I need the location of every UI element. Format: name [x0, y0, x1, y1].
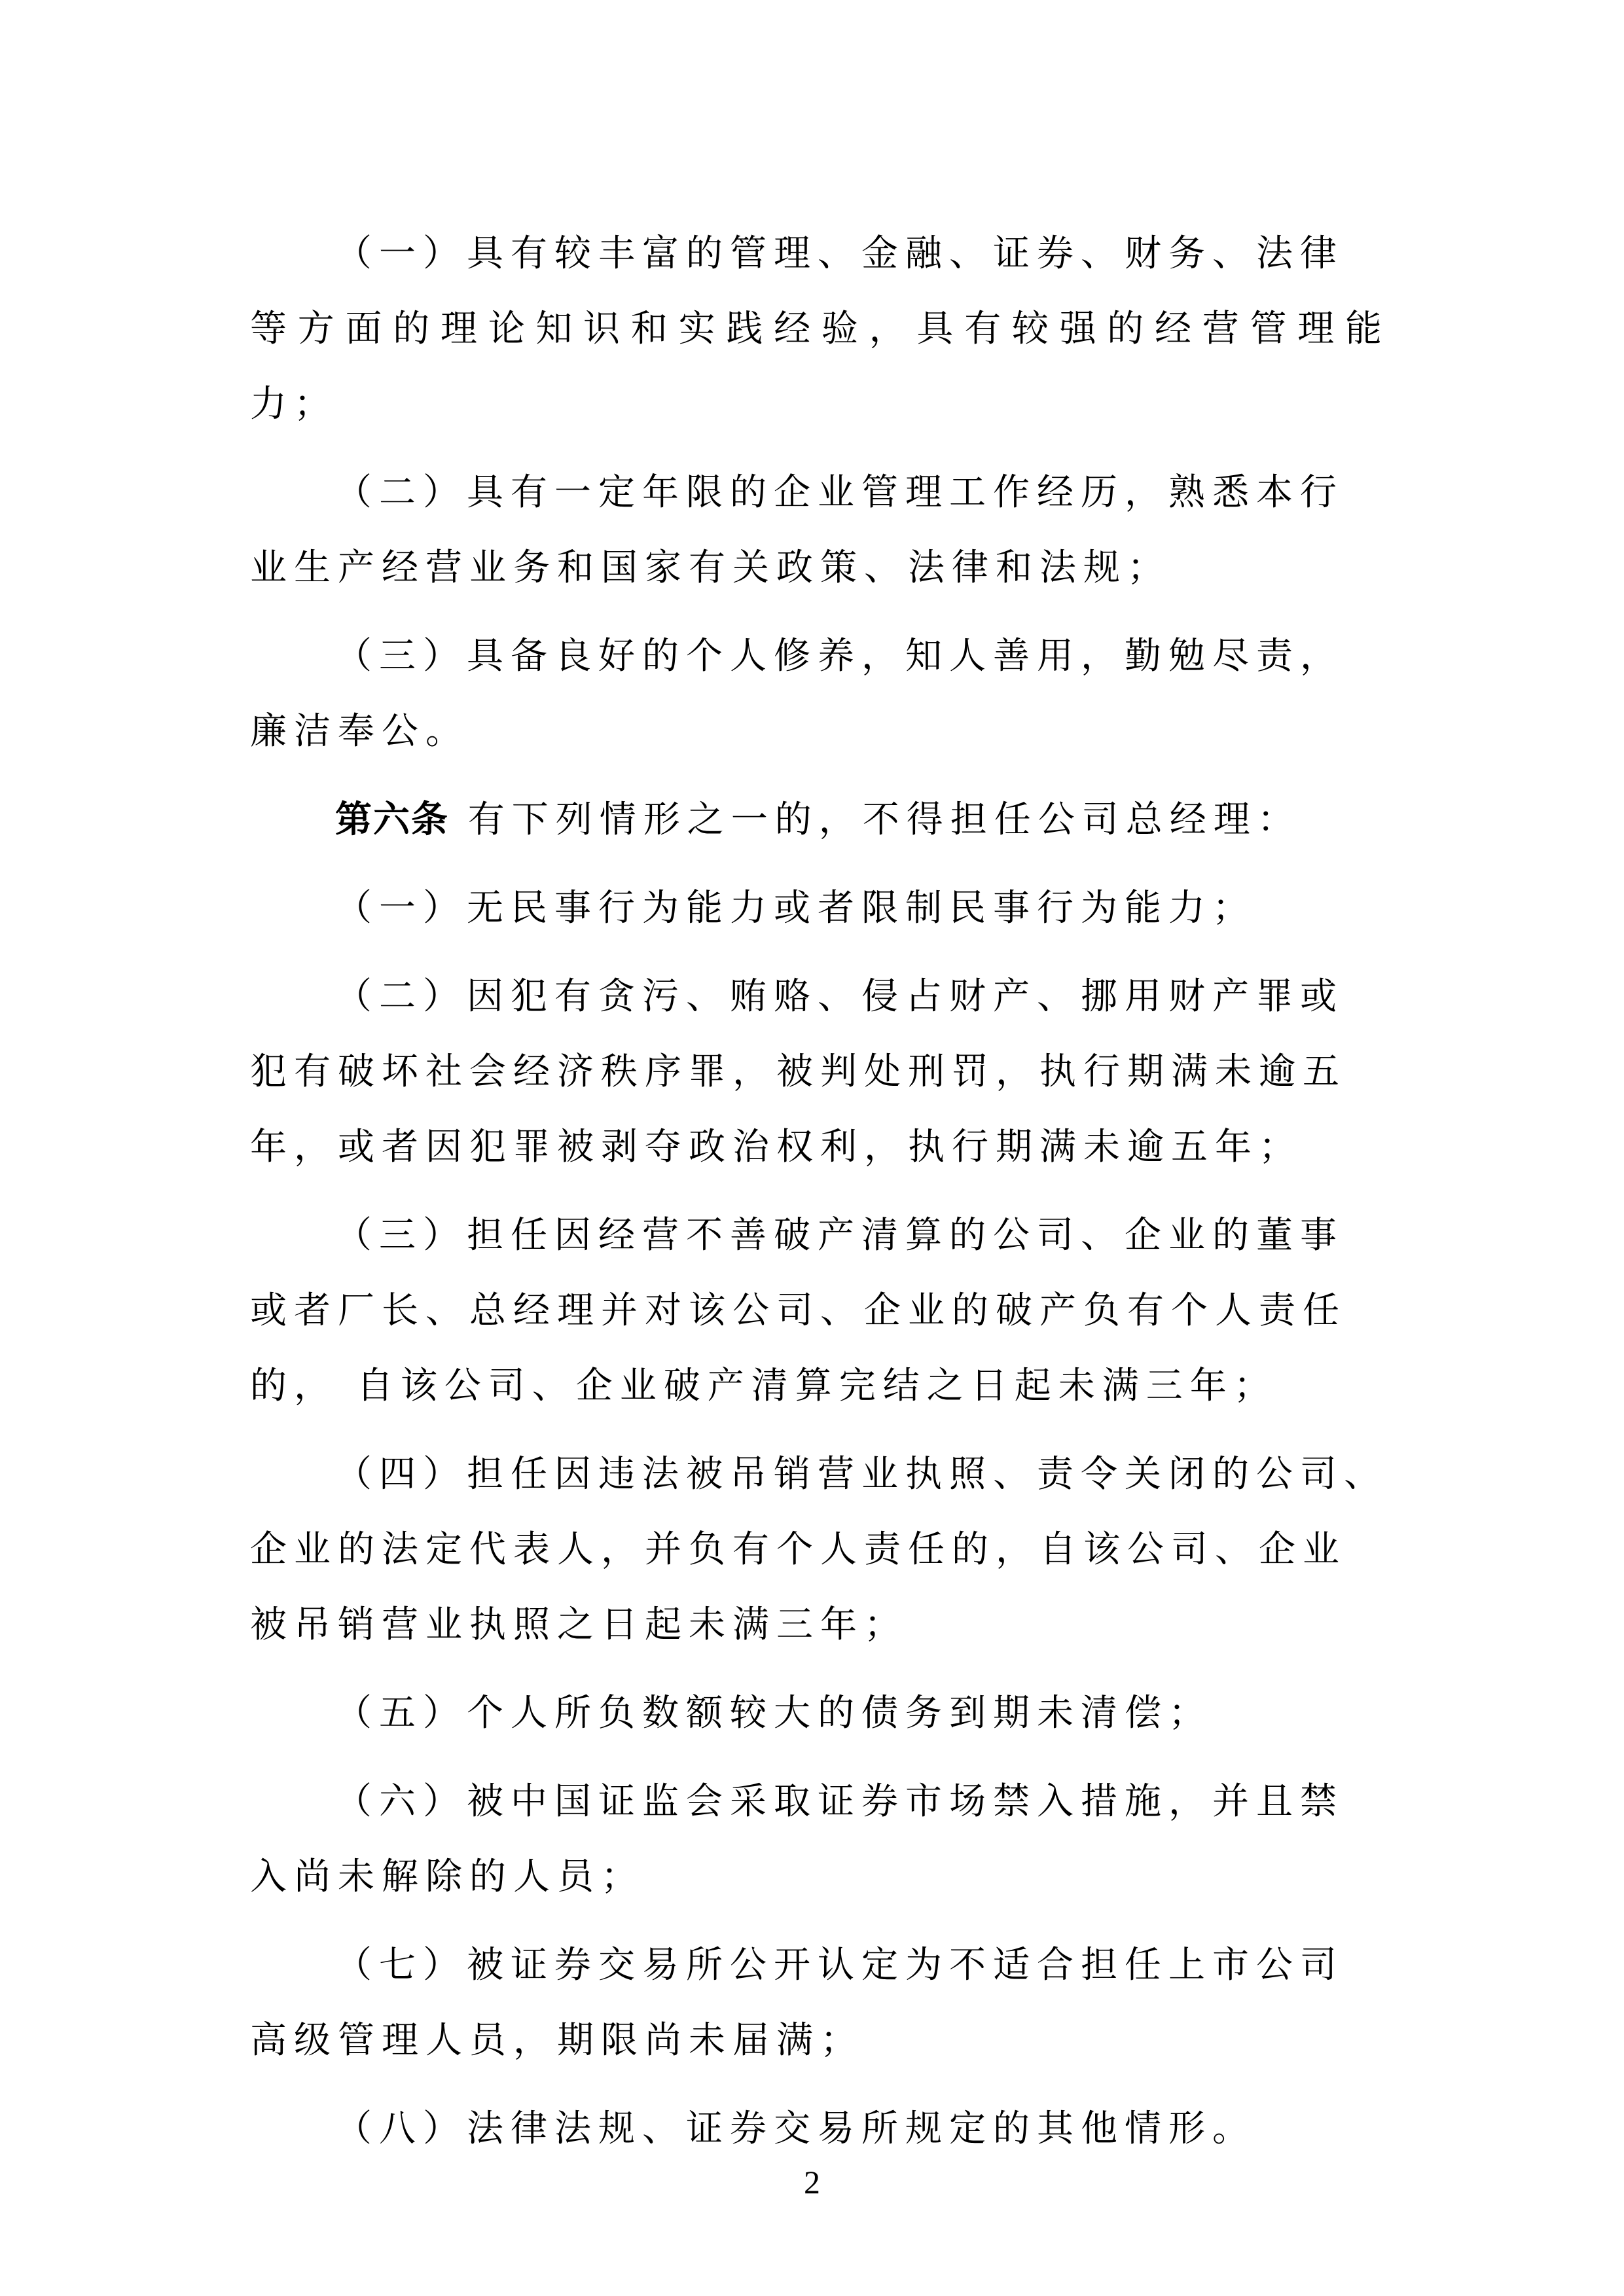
article-6-heading: 第六条 有下列情形之一的，不得担任公司总经理： — [250, 782, 1389, 857]
text-line: 业生产经营业务和国家有关政策、法律和法规； — [250, 530, 1389, 605]
text-line: （八）法律法规、证券交易所规定的其他情形。 — [250, 2091, 1389, 2166]
text-line: 或者厂长、总经理并对该公司、企业的破产负有个人责任 — [250, 1273, 1389, 1348]
article-label: 第六条 — [335, 798, 449, 841]
disqualification-6: （六）被中国证监会采取证券市场禁入措施，并且禁 入尚未解除的人员； — [250, 1764, 1389, 1914]
article-text: 有下列情形之一的，不得担任公司总经理： — [449, 798, 1301, 841]
text-line: （七）被证券交易所公开认定为不适合担任上市公司 — [250, 1928, 1389, 2003]
text-line: （一）具有较丰富的管理、金融、证券、财务、法律 — [250, 216, 1389, 291]
qualification-1: （一）具有较丰富的管理、金融、证券、财务、法律 等方面的理论知识和实践经验，具有… — [250, 216, 1389, 442]
text-line: （三）具备良好的个人修养，知人善用，勤勉尽责， — [250, 619, 1389, 694]
text-line: （二）具有一定年限的企业管理工作经历，熟悉本行 — [250, 455, 1389, 530]
qualification-2: （二）具有一定年限的企业管理工作经历，熟悉本行 业生产经营业务和国家有关政策、法… — [250, 455, 1389, 605]
text-line: 入尚未解除的人员； — [250, 1839, 1389, 1914]
text-line: （二）因犯有贪污、贿赂、侵占财产、挪用财产罪或 — [250, 959, 1389, 1034]
disqualification-5: （五）个人所负数额较大的债务到期未清偿； — [250, 1676, 1389, 1751]
text-line: （六）被中国证监会采取证券市场禁入措施，并且禁 — [250, 1764, 1389, 1839]
text-line: 的， 自该公司、企业破产清算完结之日起未满三年； — [250, 1348, 1389, 1424]
disqualification-1: （一）无民事行为能力或者限制民事行为能力； — [250, 870, 1389, 946]
text-line: （四）担任因违法被吊销营业执照、责令关闭的公司、 — [250, 1437, 1389, 1512]
disqualification-7: （七）被证券交易所公开认定为不适合担任上市公司 高级管理人员，期限尚未届满； — [250, 1928, 1389, 2078]
text-line: 第六条 有下列情形之一的，不得担任公司总经理： — [250, 782, 1389, 857]
disqualification-8: （八）法律法规、证券交易所规定的其他情形。 — [250, 2091, 1389, 2166]
text-line: 年，或者因犯罪被剥夺政治权利，执行期满未逾五年； — [250, 1109, 1389, 1185]
qualification-3: （三）具备良好的个人修养，知人善用，勤勉尽责， 廉洁奉公。 — [250, 619, 1389, 769]
text-line: （一）无民事行为能力或者限制民事行为能力； — [250, 870, 1389, 946]
text-line: 犯有破坏社会经济秩序罪，被判处刑罚，执行期满未逾五 — [250, 1034, 1389, 1109]
text-line: 廉洁奉公。 — [250, 694, 1389, 769]
text-line: 被吊销营业执照之日起未满三年； — [250, 1587, 1389, 1662]
text-line: 企业的法定代表人，并负有个人责任的，自该公司、企业 — [250, 1512, 1389, 1587]
disqualification-4: （四）担任因违法被吊销营业执照、责令关闭的公司、 企业的法定代表人，并负有个人责… — [250, 1437, 1389, 1662]
page-number: 2 — [0, 2163, 1624, 2201]
disqualification-3: （三）担任因经营不善破产清算的公司、企业的董事 或者厂长、总经理并对该公司、企业… — [250, 1198, 1389, 1424]
text-line: 等方面的理论知识和实践经验，具有较强的经营管理能力； — [250, 291, 1389, 442]
text-line: 高级管理人员，期限尚未届满； — [250, 2003, 1389, 2078]
text-line: （五）个人所负数额较大的债务到期未清偿； — [250, 1676, 1389, 1751]
text-line: （三）担任因经营不善破产清算的公司、企业的董事 — [250, 1198, 1389, 1273]
document-body: （一）具有较丰富的管理、金融、证券、财务、法律 等方面的理论知识和实践经验，具有… — [250, 216, 1389, 2179]
disqualification-2: （二）因犯有贪污、贿赂、侵占财产、挪用财产罪或 犯有破坏社会经济秩序罪，被判处刑… — [250, 959, 1389, 1185]
